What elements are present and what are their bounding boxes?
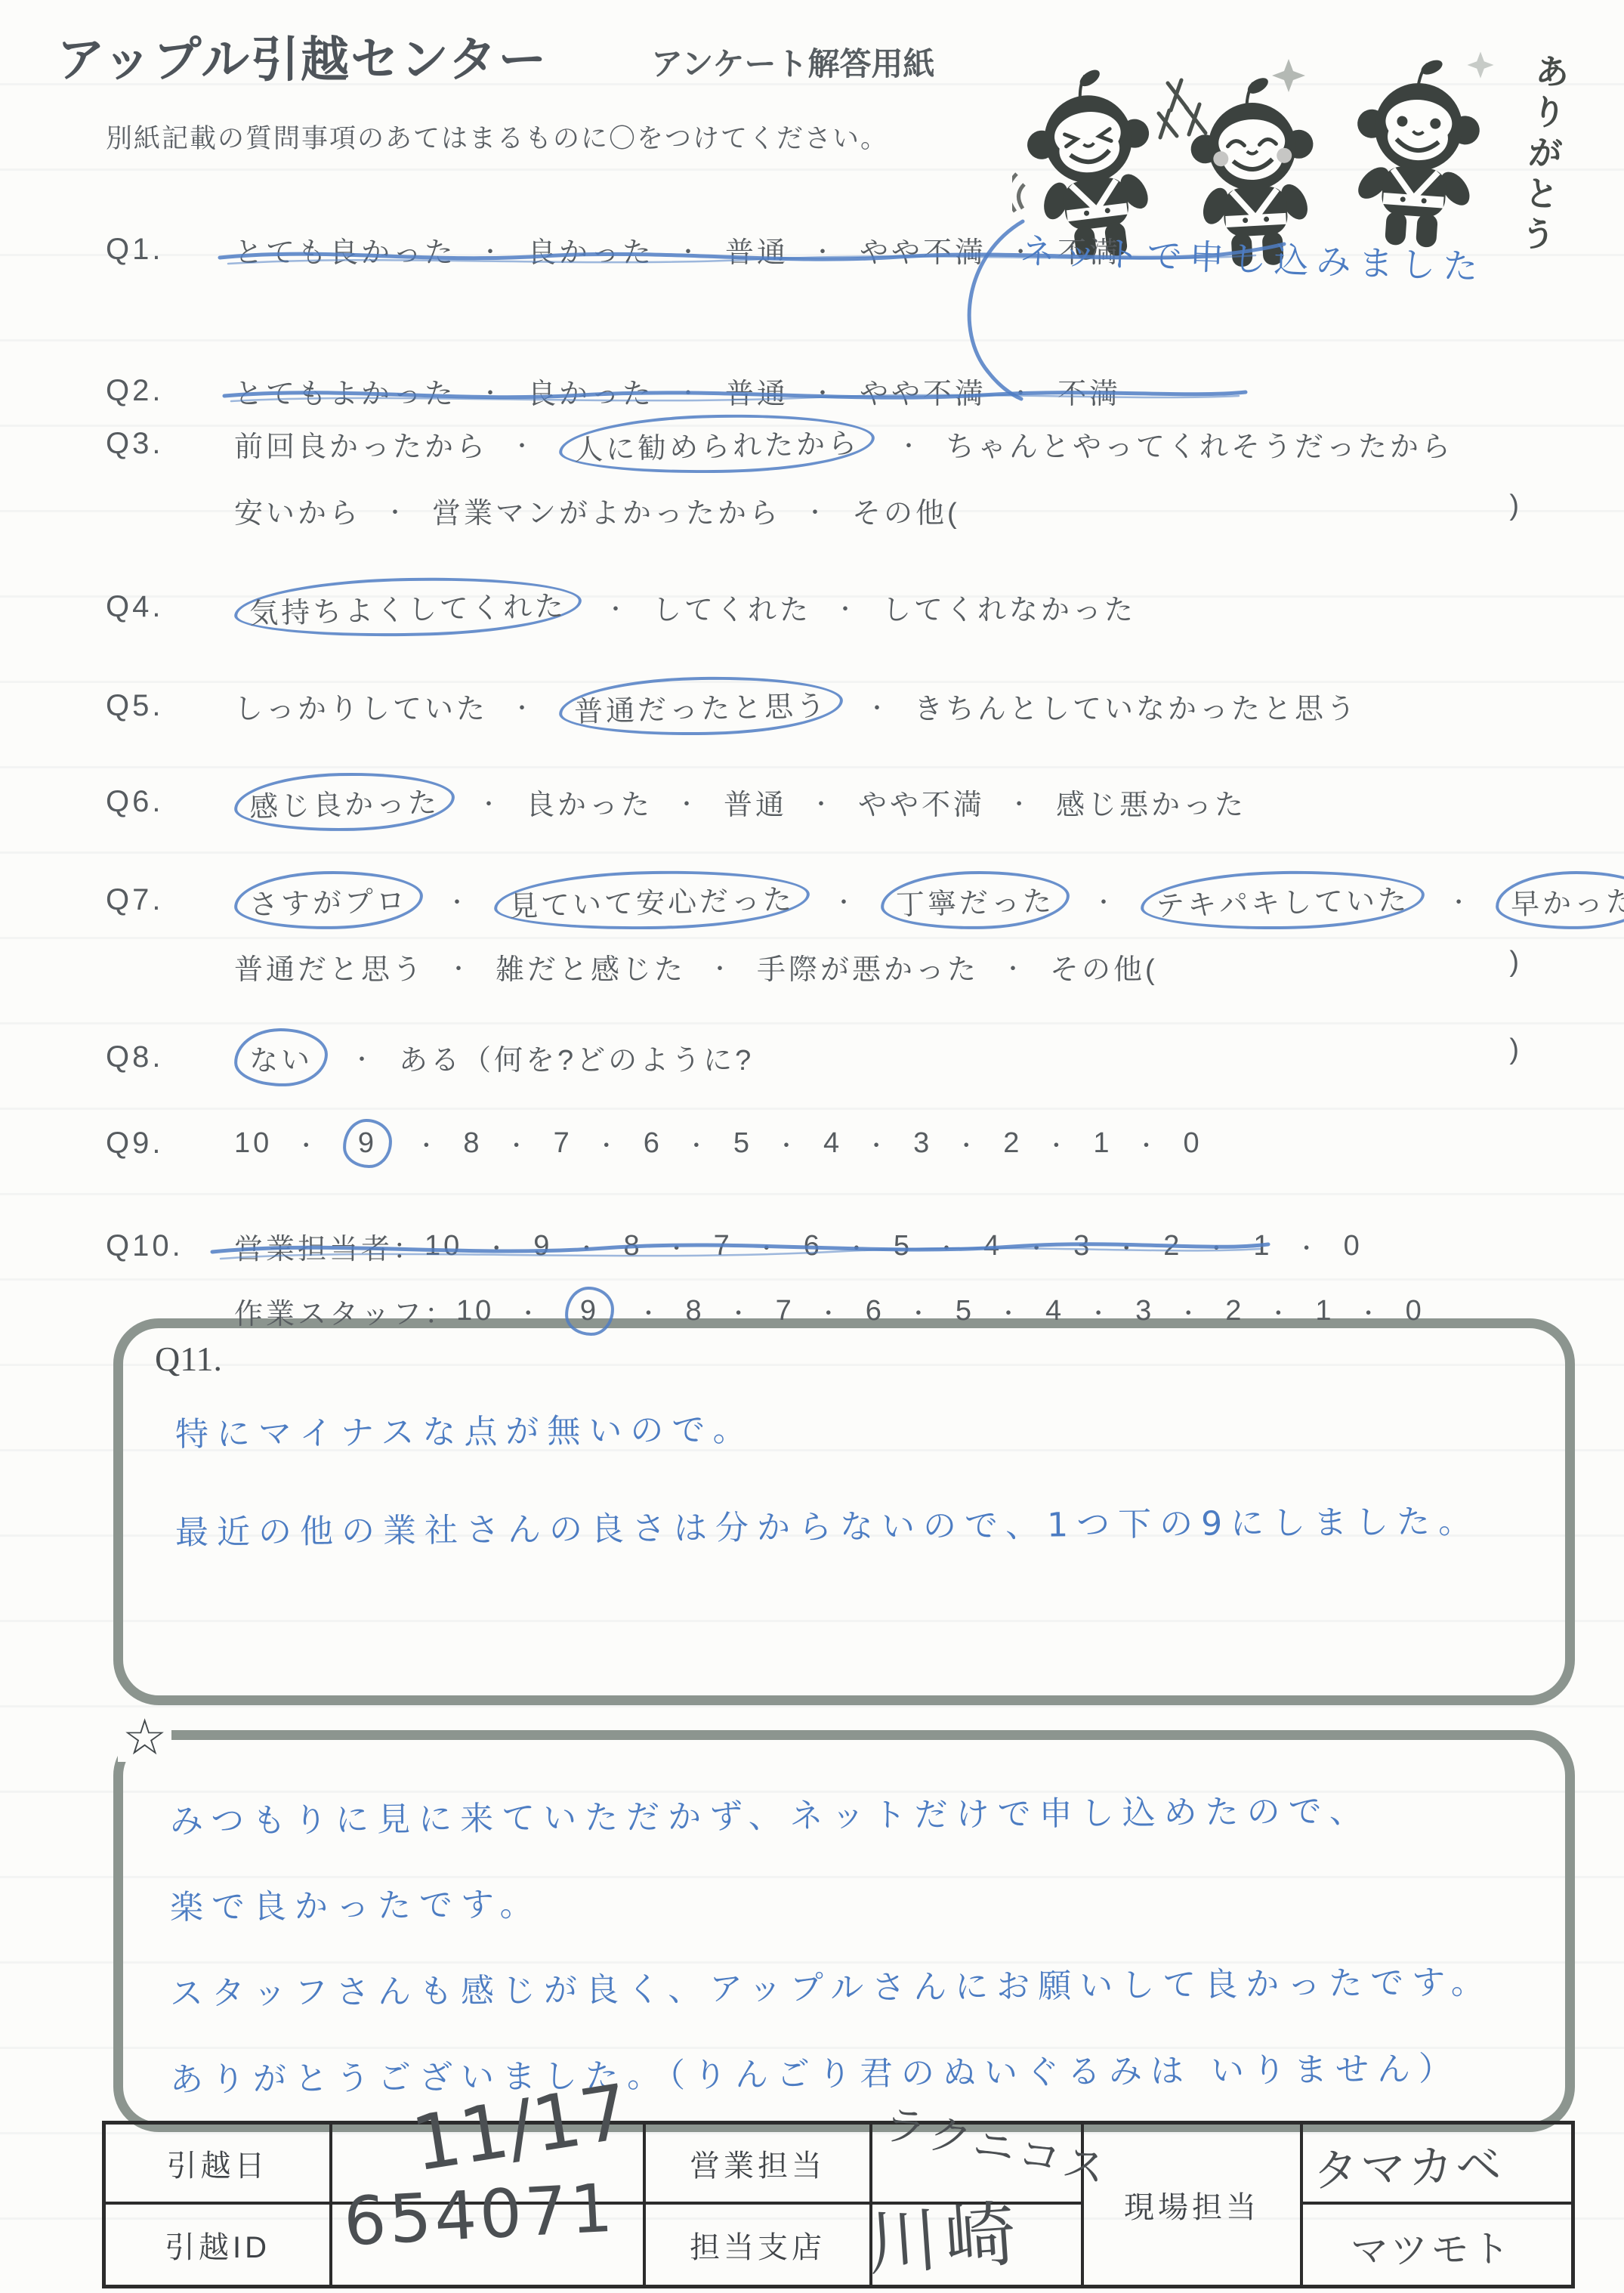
- score-segment: 5: [956, 1295, 974, 1327]
- option-segment: 丁寧だった: [880, 869, 1070, 932]
- score-segment: 0: [1184, 1127, 1203, 1160]
- score-segment: ・: [935, 1230, 961, 1263]
- option-segment: ・: [447, 950, 473, 984]
- company-title: アップル引越センター: [57, 21, 548, 91]
- option-segment: ・: [1008, 786, 1033, 819]
- score-segment: 10: [234, 1127, 272, 1160]
- option-segment: ・: [677, 375, 702, 408]
- score-segment: 1: [1315, 1295, 1334, 1327]
- question-number: Q1.: [106, 233, 234, 267]
- option-segment: 良かった: [527, 370, 654, 412]
- option-segment: 良かった: [527, 229, 654, 270]
- score-options: 10・9・8・7・6・5・4・3・2・1・0: [425, 1230, 1363, 1263]
- score-segment: ・: [997, 1295, 1023, 1328]
- survey-sheet: アップル引越センター アンケート解答用紙 別紙記載の質問事項のあてはまるものに〇…: [0, 0, 1624, 2293]
- staff-score-label: 作業スタッフ：: [234, 1290, 456, 1332]
- handwritten-line: スタッフさんも感じが良く、アップルさんにお願いして良かったです。: [170, 1955, 1493, 2021]
- option-segment: 感じ悪かった: [1056, 781, 1246, 823]
- score-segment: ・: [1087, 1295, 1113, 1328]
- score-segment: 10: [456, 1295, 494, 1327]
- score-segment: ・: [775, 1127, 801, 1160]
- options: しっかりしていた・普通だったと思う・きちんとしていなかったと思う: [234, 682, 1358, 730]
- move-id-handwriting: 654071: [342, 2169, 618, 2261]
- score-segment: 7: [554, 1127, 573, 1160]
- option-segment: きちんとしていなかったと思う: [914, 685, 1358, 727]
- option-segment: ・: [677, 233, 702, 267]
- option-segment: ・: [810, 786, 835, 819]
- option-segment: さすがプロ: [233, 869, 424, 932]
- score-segment: ・: [1177, 1295, 1203, 1328]
- score-segment: 0: [1406, 1295, 1425, 1327]
- score-segment: ・: [517, 1295, 542, 1328]
- sales-rep-label: 営業担当: [646, 2125, 872, 2205]
- option-segment: ・: [709, 950, 734, 984]
- option-segment: 感じ良かった: [233, 770, 455, 833]
- options: 普通だと思う・雑だと感じた・手際が悪かった・その他(: [234, 946, 1158, 987]
- score-segment: 8: [623, 1230, 642, 1262]
- options: 感じ良かった・良かった・普通・やや不満・感じ悪かった: [234, 778, 1246, 826]
- option-segment: 普通: [725, 229, 789, 270]
- option-segment: やや不満: [858, 781, 985, 823]
- options: さすがプロ・見ていて安心だった・丁寧だった・テキパキしていた・早かった: [234, 876, 1624, 924]
- question-number: Q4.: [106, 590, 234, 624]
- option-segment: ・: [832, 884, 858, 917]
- score-options: 10・9・8・7・6・5・4・3・2・1・0: [234, 1124, 1203, 1163]
- option-segment: 見ていて安心だった: [493, 867, 810, 933]
- score-segment: 4: [823, 1127, 842, 1160]
- option-segment: ・: [1447, 884, 1473, 917]
- score-segment: 1: [1253, 1230, 1272, 1262]
- worker-handwriting: マツモト: [1350, 2218, 1513, 2276]
- option-segment: ・: [675, 786, 701, 819]
- question-number: Q5.: [106, 689, 234, 723]
- option-segment: 早かった: [1495, 869, 1624, 931]
- option-segment: ・: [804, 494, 829, 527]
- option-segment: 前回良かったから: [234, 423, 488, 465]
- score-segment: 2: [1225, 1295, 1244, 1327]
- options: とてもよかった・良かった・普通・やや不満・不満: [234, 370, 1121, 412]
- option-segment: 良かった: [526, 781, 653, 823]
- option-segment: 安いから: [234, 490, 361, 531]
- option-segment: ・: [1092, 884, 1118, 917]
- option-segment: その他(: [852, 490, 960, 531]
- question-row-q4: Q4. 気持ちよくしてくれた・してくれた・してくれなかった: [106, 583, 1579, 631]
- score-segment: ・: [1045, 1127, 1070, 1160]
- score-segment: ・: [817, 1295, 843, 1328]
- score-segment: ・: [505, 1127, 531, 1160]
- question-row-q8: Q8. ない・ある（何を?どのように? ): [106, 1034, 1579, 1081]
- option-segment: しっかりしていた: [234, 685, 488, 727]
- move-date-label: 引越日: [106, 2125, 332, 2205]
- option-segment: 人に勧められたから: [558, 411, 875, 477]
- option-segment: ・: [811, 375, 837, 408]
- question-row-q10-line1: Q10. 営業担当者： 10・9・8・7・6・5・4・3・2・1・0: [106, 1225, 1579, 1267]
- star-icon: ☆: [118, 1712, 171, 1762]
- options: 前回良かったから・人に勧められたから・ちゃんとやってくれそうだったから: [234, 420, 1453, 468]
- branch-handwriting: 川崎: [864, 2177, 1025, 2289]
- score-segment: 6: [644, 1127, 662, 1160]
- question-row-q5: Q5. しっかりしていた・普通だったと思う・きちんとしていなかったと思う: [106, 682, 1579, 730]
- score-segment: 2: [1163, 1230, 1182, 1262]
- score-segment: ・: [575, 1230, 601, 1263]
- score-segment: 4: [983, 1230, 1002, 1262]
- score-segment: ・: [907, 1295, 933, 1328]
- option-segment: やや不満: [860, 370, 986, 412]
- score-segment: ・: [665, 1230, 691, 1263]
- question-number: Q7.: [106, 883, 234, 917]
- question-row-q3-line1: Q3. 前回良かったから・人に勧められたから・ちゃんとやってくれそうだったから: [106, 420, 1579, 468]
- score-segment: 7: [714, 1230, 733, 1262]
- option-segment: ・: [446, 884, 471, 917]
- option-segment: ・: [834, 591, 860, 624]
- question-number: Q10.: [106, 1229, 234, 1263]
- question-number: Q3.: [106, 427, 234, 461]
- score-segment: 6: [866, 1295, 885, 1327]
- move-id-label: 引越ID: [106, 2205, 332, 2285]
- option-segment: ・: [1002, 950, 1027, 984]
- option-segment: とてもよかった: [234, 370, 456, 412]
- handwritten-line: 最近の他の業社さんの良さは分からないので、1つ下の9にしました。: [175, 1494, 1480, 1560]
- score-segment: ・: [1267, 1295, 1292, 1328]
- monkey-3-icon: [1349, 52, 1485, 251]
- score-segment: 3: [1135, 1295, 1154, 1327]
- score-segment: ・: [295, 1127, 320, 1160]
- options: 安いから・営業マンがよかったから・その他(: [234, 490, 960, 531]
- motion-lines-icon: [1012, 174, 1024, 212]
- instruction-text: 別紙記載の質問事項のあてはまるものに〇をつけてください。: [106, 118, 888, 156]
- plus-scribbles-icon: [1159, 80, 1206, 138]
- score-segment: 8: [463, 1127, 482, 1160]
- question-number: Q6.: [106, 785, 234, 819]
- score-segment: 3: [1073, 1230, 1092, 1262]
- option-segment: ちゃんとやってくれそうだったから: [946, 423, 1453, 465]
- question-number: Q8.: [106, 1040, 234, 1074]
- score-segment: 0: [1344, 1230, 1363, 1262]
- option-segment: 普通だったと思う: [558, 673, 844, 738]
- branch-label: 担当支店: [646, 2205, 872, 2285]
- option-segment: 手際が悪かった: [757, 946, 979, 987]
- score-segment: 5: [733, 1127, 752, 1160]
- option-segment: 雑だと感じた: [496, 946, 686, 987]
- option-segment: ・: [350, 1041, 376, 1074]
- option-segment: ・: [1009, 375, 1035, 408]
- site-manager-label: 現場担当: [1084, 2125, 1303, 2285]
- score-segment: ・: [1115, 1230, 1141, 1263]
- option-segment: ・: [511, 428, 536, 461]
- options: ない・ある（何を?どのように?: [234, 1034, 754, 1081]
- option-segment: してくれなかった: [882, 586, 1136, 628]
- q11-label: Q11.: [155, 1339, 222, 1379]
- score-segment: ・: [845, 1230, 871, 1263]
- question-row-q6: Q6. 感じ良かった・良かった・普通・やや不満・感じ悪かった: [106, 778, 1579, 826]
- score-segment: ・: [685, 1127, 711, 1160]
- option-segment: とても良かった: [234, 229, 456, 270]
- score-segment: 5: [894, 1230, 912, 1262]
- score-segment: 10: [425, 1230, 462, 1262]
- score-segment: 2: [1003, 1127, 1022, 1160]
- free-comment-handwriting: みつもりに見に来ていただかず、ネットだけで申し込めたので、楽で良かったです。スタ…: [170, 1789, 1493, 2102]
- option-segment: ない: [233, 1027, 329, 1087]
- score-segment: 9: [533, 1230, 552, 1262]
- option-segment: 普通: [725, 370, 789, 412]
- option-segment: ・: [897, 428, 923, 461]
- option-segment: ある（何を?どのように?: [399, 1037, 754, 1078]
- handwritten-line: 特にマイナスな点が無いので。: [175, 1396, 1480, 1462]
- option-segment: ・: [511, 690, 536, 723]
- score-segment: ・: [865, 1127, 891, 1160]
- options: とても良かった・良かった・普通・やや不満・不満: [234, 229, 1121, 270]
- option-segment: ・: [479, 233, 505, 267]
- option-segment: 気持ちよくしてくれた: [233, 573, 582, 640]
- option-segment: その他(: [1050, 946, 1158, 987]
- score-segment: 3: [913, 1127, 932, 1160]
- question-row-q9: Q9. 10・9・8・7・6・5・4・3・2・1・0: [106, 1124, 1579, 1163]
- close-paren: ): [1509, 1034, 1522, 1066]
- score-segment: ・: [1357, 1295, 1383, 1328]
- score-segment: 4: [1045, 1295, 1064, 1327]
- score-segment: 1: [1093, 1127, 1112, 1160]
- close-paren: ): [1509, 490, 1522, 522]
- question-row-q7-line2: 普通だと思う・雑だと感じた・手際が悪かった・その他( ): [234, 946, 1579, 987]
- question-number: Q2.: [106, 374, 234, 408]
- score-segment: 8: [685, 1295, 704, 1327]
- option-segment: やや不満: [860, 229, 986, 270]
- question-row-q3-line2: 安いから・営業マンがよかったから・その他( ): [234, 490, 1579, 531]
- option-segment: ・: [477, 786, 503, 819]
- option-segment: 普通だと思う: [234, 946, 425, 987]
- option-segment: ・: [811, 233, 837, 267]
- option-segment: 不満: [1057, 370, 1121, 412]
- option-segment: ・: [384, 494, 409, 527]
- options: 気持ちよくしてくれた・してくれた・してくれなかった: [234, 583, 1136, 631]
- q11-handwriting: 特にマイナスな点が無いので。最近の他の業社さんの良さは分からないので、1つ下の9…: [175, 1402, 1480, 1555]
- question-number: Q9.: [106, 1126, 234, 1160]
- close-paren: ): [1509, 946, 1522, 978]
- sheet-subtitle: アンケート解答用紙: [651, 39, 934, 85]
- sales-score-label: 営業担当者：: [234, 1225, 425, 1267]
- handwritten-line: 楽で良かったです。: [170, 1869, 1493, 1935]
- score-segment: ・: [1135, 1127, 1161, 1160]
- score-segment: 7: [776, 1295, 795, 1327]
- score-segment: ・: [1295, 1230, 1321, 1263]
- option-segment: 営業マンがよかったから: [432, 490, 781, 531]
- score-segment: ・: [485, 1230, 511, 1263]
- option-segment: 普通: [724, 781, 787, 823]
- site-manager-handwriting: タマカベ: [1312, 2129, 1505, 2201]
- score-segment: ・: [595, 1127, 621, 1160]
- question-row-q2: Q2. とてもよかった・良かった・普通・やや不満・不満: [106, 370, 1579, 412]
- handwritten-line: みつもりに見に来ていただかず、ネットだけで申し込めたので、: [170, 1783, 1493, 1849]
- score-segment: ・: [955, 1127, 980, 1160]
- option-segment: ・: [866, 690, 891, 723]
- score-segment: ・: [415, 1127, 440, 1160]
- question-row-q7-line1: Q7. さすがプロ・見ていて安心だった・丁寧だった・テキパキしていた・早かった: [106, 876, 1579, 924]
- option-segment: ・: [479, 375, 505, 408]
- question-row-q10-line2: 作業スタッフ： 10・9・8・7・6・5・4・3・2・1・0: [234, 1290, 1579, 1332]
- score-segment: 9: [565, 1286, 616, 1337]
- score-segment: ・: [1025, 1230, 1051, 1263]
- option-segment: ・: [604, 591, 630, 624]
- score-segment: ・: [1205, 1230, 1230, 1263]
- score-segment: 6: [804, 1230, 823, 1262]
- score-segment: 9: [342, 1118, 393, 1169]
- option-segment: テキパキしていた: [1140, 867, 1425, 932]
- option-segment: してくれた: [653, 586, 811, 628]
- score-segment: ・: [755, 1230, 781, 1263]
- score-segment: ・: [727, 1295, 753, 1328]
- score-segment: ・: [637, 1295, 662, 1328]
- handwritten-line: ありがとうございました。（りんごり君のぬいぐるみは いりません）: [170, 2041, 1493, 2107]
- score-options: 10・9・8・7・6・5・4・3・2・1・0: [456, 1292, 1425, 1330]
